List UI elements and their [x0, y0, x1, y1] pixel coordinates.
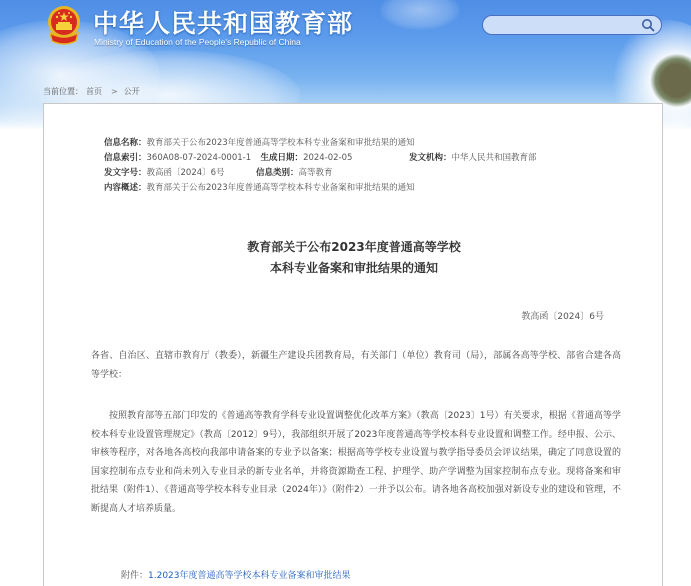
- breadcrumb: 当前位置：首页>公开: [43, 86, 143, 97]
- meta-row-name: 信息名称：教育部关于公布2023年度普通高等学校本科专业备案和审批结果的通知: [104, 136, 415, 151]
- attachments: 附件：1.2023年度普通高等学校本科专业备案和审批结果: [121, 568, 351, 581]
- org-label: 发文机构：: [409, 153, 452, 163]
- attachment-label: 附件：: [121, 571, 148, 581]
- summary-value: 教育部关于公布2023年度普通高等学校本科专业备案和审批结果的通知: [147, 183, 415, 193]
- search-input[interactable]: [491, 18, 640, 34]
- meta-row-summary: 内容概述：教育部关于公布2023年度普通高等学校本科专业备案和审批结果的通知: [104, 181, 415, 196]
- info-index-label: 信息索引：: [104, 153, 147, 163]
- document-title-line1: 教育部关于公布2023年度普通高等学校: [44, 237, 664, 258]
- article-container: 信息名称：教育部关于公布2023年度普通高等学校本科专业备案和审批结果的通知 信…: [43, 103, 663, 586]
- date-label: 生成日期：: [261, 153, 304, 163]
- info-name-label: 信息名称：: [104, 138, 147, 148]
- summary-label: 内容概述：: [104, 183, 147, 193]
- body-paragraph: 按照教育部等五部门印发的《普通高等教育学科专业设置调整优化改革方案》（教高〔20…: [91, 407, 621, 518]
- info-name-value: 教育部关于公布2023年度普通高等学校本科专业备案和审批结果的通知: [147, 138, 415, 148]
- date-value: 2024-02-05: [303, 153, 352, 163]
- meta-row-index: 信息索引：360A08-07-2024-0001-1 生成日期：2024-02-…: [104, 151, 415, 166]
- national-emblem-icon: [45, 5, 83, 47]
- breadcrumb-public[interactable]: 公开: [124, 87, 140, 96]
- doc-number-label: 发文字号：: [104, 168, 147, 178]
- attachment-link-1[interactable]: 1.2023年度普通高等学校本科专业备案和审批结果: [148, 571, 351, 581]
- cloud-decoration: [380, 0, 460, 30]
- addressee-paragraph: 各省、自治区、直辖市教育厅（教委），新疆生产建设兵团教育局，有关部门（单位）教育…: [91, 347, 621, 384]
- search-icon[interactable]: [641, 18, 655, 32]
- info-index-value: 360A08-07-2024-0001-1: [147, 153, 252, 163]
- site-subtitle: Ministry of Education of the People's Re…: [94, 37, 301, 47]
- document-title: 教育部关于公布2023年度普通高等学校 本科专业备案和审批结果的通知: [44, 237, 664, 279]
- document-number: 教高函〔2024〕6号: [521, 309, 604, 322]
- org-value: 中华人民共和国教育部: [452, 153, 537, 163]
- document-title-line2: 本科专业备案和审批结果的通知: [44, 258, 664, 279]
- category-label: 信息类别：: [256, 168, 299, 178]
- category-value: 高等教育: [299, 168, 333, 178]
- breadcrumb-label: 当前位置：: [43, 87, 83, 96]
- breadcrumb-separator: >: [111, 87, 118, 96]
- site-title[interactable]: 中华人民共和国教育部: [93, 4, 353, 40]
- meta-row-docno: 发文字号：教高函〔2024〕6号 信息类别：高等教育: [104, 166, 415, 181]
- info-metadata: 信息名称：教育部关于公布2023年度普通高等学校本科专业备案和审批结果的通知 信…: [104, 136, 415, 196]
- search-box[interactable]: [482, 15, 662, 35]
- doc-number-value: 教高函〔2024〕6号: [147, 168, 225, 178]
- breadcrumb-home[interactable]: 首页: [86, 87, 102, 96]
